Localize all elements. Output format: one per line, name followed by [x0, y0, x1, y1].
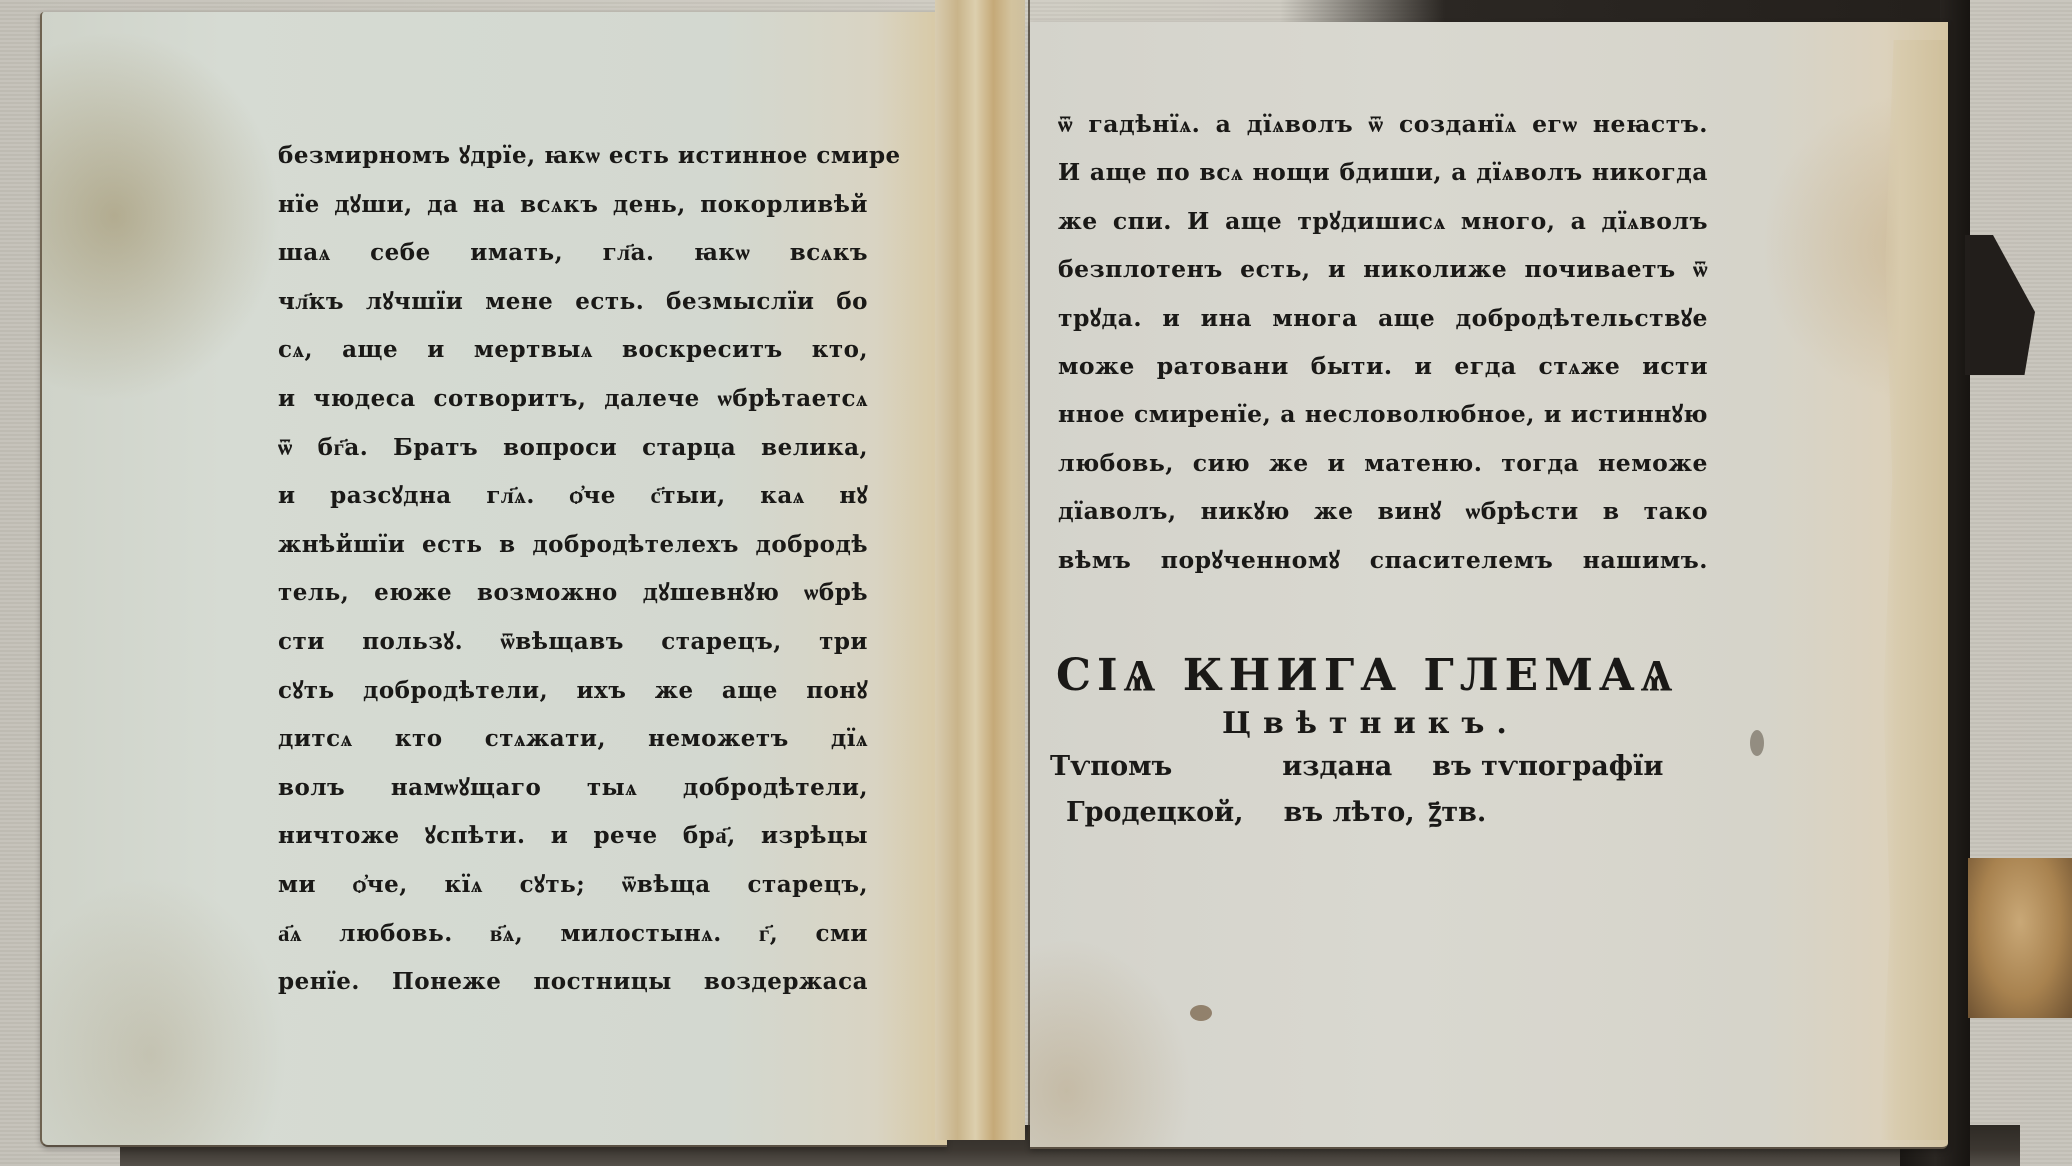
text-line: дитсѧ кто стѧжати, неможетъ дїѧ — [278, 715, 868, 764]
text-line: нное смиренїе, а несловолюбное, и истинн… — [1058, 390, 1708, 438]
text-line: безплотенъ есть, и николиже почиваетъ ѿ — [1058, 245, 1708, 293]
ink-stain — [1190, 1005, 1212, 1021]
text-line: ми ѻ҆че, кїѧ сꙋть; ѿвѣща старецъ, — [278, 861, 868, 910]
text-line: И аще по всѧ нощи бдиши, а дїѧволъ никог… — [1058, 148, 1708, 196]
colophon: СІѦ КНИГА ГЛЕМАѦ Цвѣтникъ. Тѵпомъизданав… — [1050, 648, 1700, 836]
imprint-typografii: въ тѵпографїи — [1432, 751, 1663, 782]
text-line: сꙋть добродѣтели, ихъ же аще понꙋ — [278, 667, 868, 716]
text-line: тель, еюже возможно дꙋшевнꙋю ѡбрѣ — [278, 569, 868, 618]
leather-clasp-strap — [1968, 858, 2072, 1018]
text-line: и разсꙋдна гл҃ѧ. ѻ҆че с҃тыи, каѧ нꙋ — [278, 472, 868, 521]
text-line: волъ намѡꙋщаго тыѧ добродѣтели, — [278, 764, 868, 813]
colophon-imprint-line-2: Гродецкой,въ лѣто,ꙁ҃тв. — [1050, 790, 1700, 836]
imprint-v-leto: въ лѣто, — [1284, 797, 1415, 828]
cover-top-edge — [1280, 0, 1940, 22]
wormhole-stain — [1750, 730, 1764, 756]
text-line: же спи. И аще трꙋдишисѧ много, а дїѧволъ — [1058, 197, 1708, 245]
imprint-grodno: Гродецкой, — [1066, 797, 1244, 828]
text-line: безмирномъ ꙋдрїе, ꙗкѡ есть истинное смир… — [278, 132, 868, 181]
text-line: шаѧ себе имать, гл҃а. ꙗкѡ всѧкъ — [278, 229, 868, 278]
book-gutter — [935, 0, 1025, 1140]
text-line: нїе дꙋши, да на всѧкъ день, покорливѣй — [278, 181, 868, 230]
book-photograph: безмирномъ ꙋдрїе, ꙗкѡ есть истинное смир… — [0, 0, 2072, 1166]
text-line: ничтоже ꙋспѣти. и рече бра҃, изрѣцы — [278, 812, 868, 861]
text-line: може ратовани быти. и егда стѧже исти — [1058, 342, 1708, 390]
left-page-text: безмирномъ ꙋдрїе, ꙗкѡ есть истинное смир… — [278, 132, 868, 1007]
text-line: ѿ гадѣнїѧ. а дїѧволъ ѿ созданїѧ егѡ неꙗс… — [1058, 100, 1708, 148]
text-line: дїаволъ, никꙋю же винꙋ ѡбрѣсти в тако — [1058, 487, 1708, 535]
text-line: жнѣйшїи есть в добродѣтелехъ добродѣ — [278, 521, 868, 570]
text-line: чл҃къ лꙋчшїи мене есть. безмыслїи бо — [278, 278, 868, 327]
text-line: и чюдеса сотворитъ, далече ѡбрѣтаетсѧ — [278, 375, 868, 424]
right-page-text: ѿ гадѣнїѧ. а дїѧволъ ѿ созданїѧ егѡ неꙗс… — [1058, 100, 1708, 584]
text-line: вѣмъ порꙋченномꙋ спасителемъ нашимъ. — [1058, 536, 1708, 584]
frayed-page-edge — [1880, 40, 1948, 1140]
imprint-year: ꙁ҃тв. — [1429, 797, 1487, 828]
text-line: а҃ѧ любовь. в҃ѧ, милостынѧ. г҃, сми — [278, 910, 868, 959]
imprint-typom: Тѵпомъ — [1050, 751, 1172, 782]
colophon-subtitle: Цвѣтникъ. — [1050, 704, 1700, 744]
torn-cover-flap — [1965, 235, 2035, 375]
text-line: сти пользꙋ. ѿвѣщавъ старецъ, три — [278, 618, 868, 667]
text-line: ѿ бг҃а. Братъ вопроси старца велика, — [278, 424, 868, 473]
text-line: ренїе. Понеже постницы воздержаса — [278, 958, 868, 1007]
text-line: сѧ, аще и мертвыѧ воскреситъ кто, — [278, 326, 868, 375]
colophon-title: СІѦ КНИГА ГЛЕМАѦ — [1050, 648, 1700, 704]
text-line: трꙋда. и ина многа аще добродѣтельствꙋе — [1058, 294, 1708, 342]
text-line: любовь, сию же и матеню. тогда неможе — [1058, 439, 1708, 487]
colophon-imprint-line-1: Тѵпомъизданавъ тѵпографїи — [1050, 744, 1700, 790]
imprint-izdana: издана — [1282, 751, 1392, 782]
